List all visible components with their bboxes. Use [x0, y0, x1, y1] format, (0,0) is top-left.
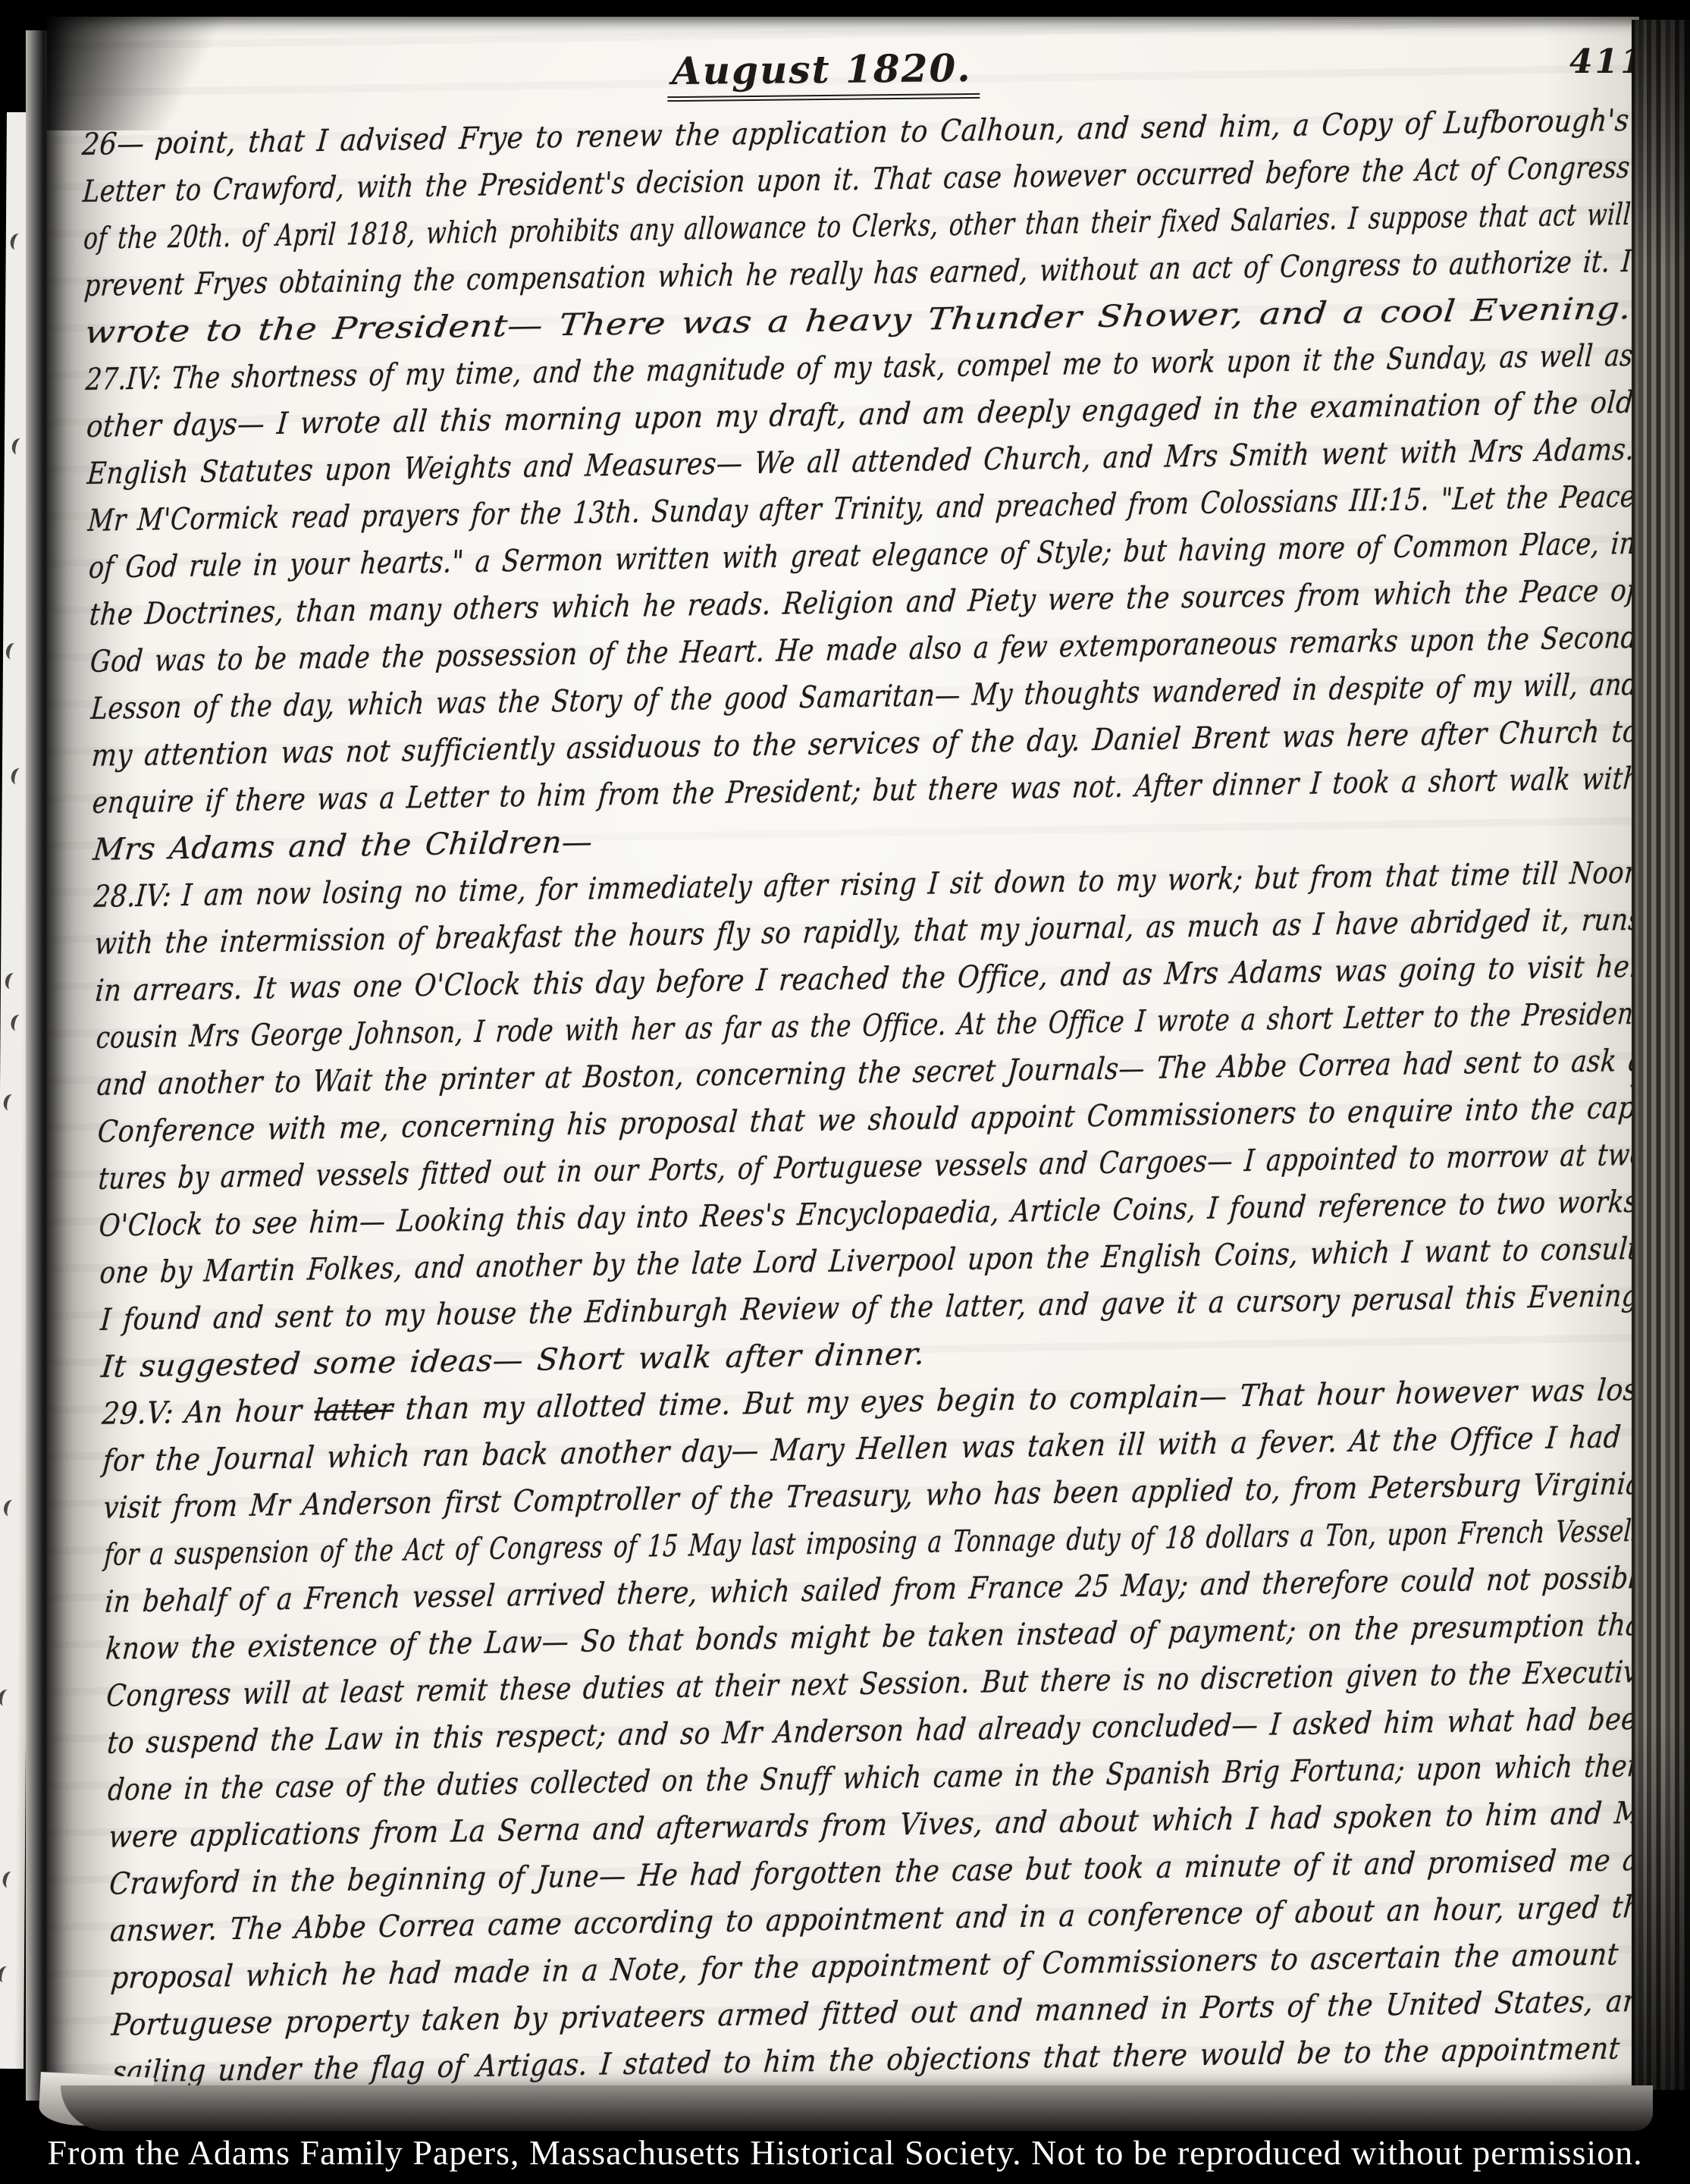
manuscript-scan: August 1820. 411. 26—point, that I advis…	[0, 0, 1690, 2184]
entry-day-number: 26—	[81, 127, 146, 162]
credit-footer: From the Adams Family Papers, Massachuse…	[0, 2126, 1690, 2184]
ink-fragment	[10, 437, 27, 457]
ink-fragment	[9, 767, 27, 786]
entry-day-number: 28.IV:	[92, 878, 173, 915]
ink-fragment	[5, 642, 22, 661]
ink-fragment	[0, 1688, 14, 1708]
entry-day-number: 27.IV:	[85, 361, 163, 397]
credit-text: From the Adams Family Papers, Massachuse…	[47, 2132, 1642, 2173]
page-corner-shadow	[47, 17, 252, 130]
ink-fragment	[8, 232, 26, 252]
page-bottom-edge	[61, 2085, 1653, 2131]
ink-fragment	[4, 971, 21, 991]
ink-fragment	[1, 1870, 18, 1890]
ink-fragment	[2, 1093, 19, 1112]
page-title-month: August 1820.	[667, 45, 980, 102]
ink-fragment	[2, 1498, 20, 1518]
ink-fragment	[9, 1013, 27, 1033]
page-stack-edge	[1632, 20, 1690, 2090]
entry-day-number: 29.V:	[101, 1395, 175, 1432]
manuscript-lines: 26—point, that I advised Frye to renew t…	[82, 103, 1663, 2102]
diary-page: August 1820. 411. 26—point, that I advis…	[47, 17, 1639, 2091]
ink-fragment	[0, 1965, 14, 1985]
